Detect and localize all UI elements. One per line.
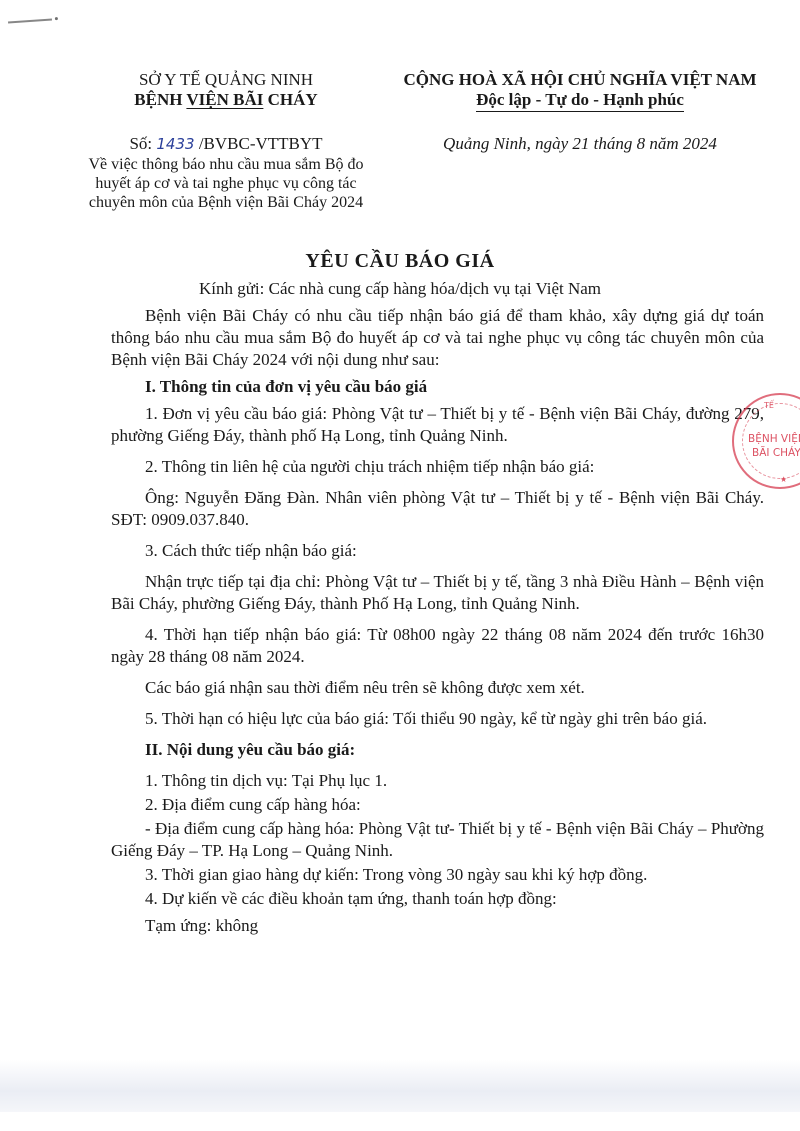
place-and-date: Quảng Ninh, ngày 21 tháng 8 năm 2024: [390, 134, 770, 154]
section-1-item: 1. Đơn vị yêu cầu báo giá: Phòng Vật tư …: [111, 403, 764, 447]
document-title: YÊU CẦU BÁO GIÁ: [0, 250, 800, 273]
scan-artifact-mark: [8, 18, 52, 23]
national-motto: Độc lập - Tự do - Hạnh phúc: [476, 90, 684, 112]
national-header-block: CỘNG HOÀ XÃ HỘI CHỦ NGHĨA VIỆT NAM Độc l…: [390, 70, 770, 112]
star-icon: ★: [780, 475, 787, 484]
addressee: Kính gửi: Các nhà cung cấp hàng hóa/dịch…: [0, 279, 800, 299]
agency-name: SỞ Y TẾ QUẢNG NINH: [80, 70, 372, 90]
section-2-item: 1. Thông tin dịch vụ: Tại Phụ lục 1.: [111, 770, 764, 792]
section-1-heading: I. Thông tin của đơn vị yêu cầu báo giá: [111, 376, 764, 398]
section-1-item: 5. Thời hạn có hiệu lực của báo giá: Tối…: [111, 708, 764, 730]
section-2-item: Tạm ứng: không: [111, 915, 764, 937]
section-1-item: Các báo giá nhận sau thời điểm nêu trên …: [111, 677, 764, 699]
section-1-item: 3. Cách thức tiếp nhận báo giá:: [111, 540, 764, 562]
section-2-item: 3. Thời gian giao hàng dự kiến: Trong vò…: [111, 864, 764, 886]
document-subject: Về việc thông báo nhu cầu mua sắm Bộ đo …: [80, 155, 372, 212]
nation-name: CỘNG HOÀ XÃ HỘI CHỦ NGHĨA VIỆT NAM: [390, 70, 770, 90]
section-2-item: - Địa điểm cung cấp hàng hóa: Phòng Vật …: [111, 818, 764, 862]
section-1-item: 4. Thời hạn tiếp nhận báo giá: Từ 08h00 …: [111, 624, 764, 668]
section-1-item: Ông: Nguyễn Đăng Đàn. Nhân viên phòng Vậ…: [111, 487, 764, 531]
section-2-item: 4. Dự kiến về các điều khoản tạm ứng, th…: [111, 888, 764, 910]
section-2-heading: II. Nội dung yêu cầu báo giá:: [111, 739, 764, 761]
intro-paragraph: Bệnh viện Bãi Cháy có nhu cầu tiếp nhận …: [111, 305, 764, 371]
section-1-item: Nhận trực tiếp tại địa chỉ: Phòng Vật tư…: [111, 571, 764, 615]
handwritten-number: 1433: [156, 135, 194, 153]
hospital-name: BỆNH VIỆN BÃI CHÁY: [80, 90, 372, 110]
issuing-agency-block: SỞ Y TẾ QUẢNG NINH BỆNH VIỆN BÃI CHÁY: [80, 70, 372, 110]
document-body: Bệnh viện Bãi Cháy có nhu cầu tiếp nhận …: [111, 305, 764, 937]
scan-shadow: [0, 1060, 800, 1112]
section-2-item: 2. Địa điểm cung cấp hàng hóa:: [111, 794, 764, 816]
section-1-item: 2. Thông tin liên hệ của người chịu trác…: [111, 456, 764, 478]
document-number: Số: 1433 /BVBC-VTTBYT: [80, 134, 372, 154]
